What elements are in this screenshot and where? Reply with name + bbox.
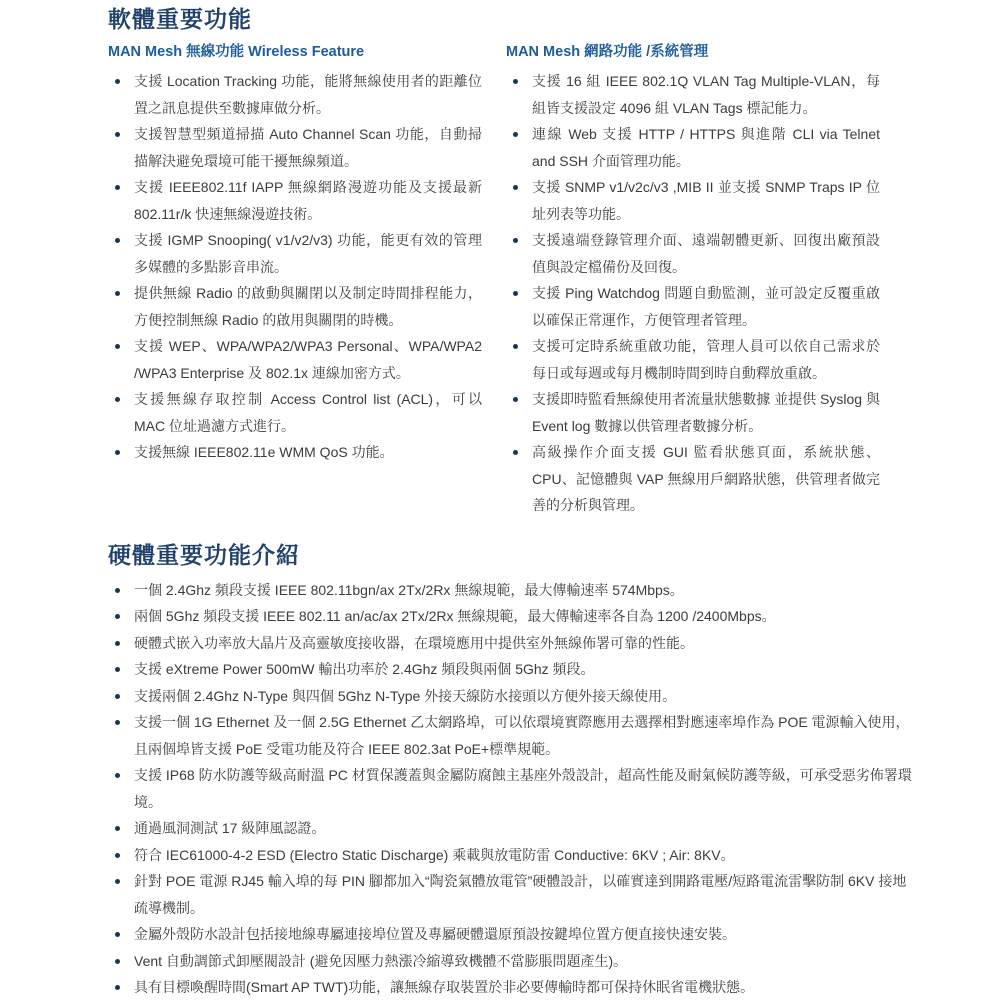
hardware-feature-list: 一個 2.4Ghz 頻段支援 IEEE 802.11bgn/ax 2Tx/2Rx… bbox=[108, 577, 920, 1000]
bullet-dot-icon bbox=[115, 985, 120, 990]
list-item: 支援 IP68 防水防護等級高耐溫 PC 材質保護蓋與金屬防腐蝕主基座外殼設計，… bbox=[108, 762, 920, 815]
bullet-dot-icon bbox=[115, 879, 120, 884]
list-item: 支援 SNMP v1/v2c/v3 ,MIB II 並支援 SNMP Traps… bbox=[506, 174, 880, 227]
bullet-dot-icon bbox=[513, 291, 518, 296]
bullet-text: 支援無線 IEEE802.11e WMM QoS 功能。 bbox=[134, 444, 394, 460]
column-header-wireless: MAN Mesh 無線功能 Wireless Feature bbox=[108, 43, 482, 62]
bullet-dot-icon bbox=[115, 450, 120, 455]
bullet-text: 兩個 5Ghz 頻段支援 IEEE 802.11 an/ac/ax 2Tx/2R… bbox=[134, 608, 776, 624]
bullet-dot-icon bbox=[513, 132, 518, 137]
bullet-text: 支援 16 組 IEEE 802.1Q VLAN Tag Multiple-VL… bbox=[532, 73, 880, 116]
bullet-text: 支援 eXtreme Power 500mW 輸出功率於 2.4Ghz 頻段與兩… bbox=[134, 661, 595, 677]
bullet-dot-icon bbox=[513, 450, 518, 455]
list-item: 支援 Ping Watchdog 問題自動監測，並可設定反覆重啟以確保正常運作，… bbox=[506, 280, 880, 333]
bullet-text: 支援即時監看無線使用者流量狀態數據 並提供 Syslog 與 Event log… bbox=[532, 391, 880, 434]
list-item: 一個 2.4Ghz 頻段支援 IEEE 802.11bgn/ax 2Tx/2Rx… bbox=[108, 577, 920, 604]
network-feature-list: 支援 16 組 IEEE 802.1Q VLAN Tag Multiple-VL… bbox=[506, 68, 880, 519]
bullet-text: 支援 IP68 防水防護等級高耐溫 PC 材質保護蓋與金屬防腐蝕主基座外殼設計，… bbox=[134, 767, 912, 810]
software-section: 軟體重要功能 MAN Mesh 無線功能 Wireless Feature 支援… bbox=[108, 4, 940, 519]
bullet-text: 硬體式嵌入功率放大晶片及高靈敏度接收器，在環境應用中提供室外無線佈署可靠的性能。 bbox=[134, 635, 694, 651]
bullet-dot-icon bbox=[513, 344, 518, 349]
bullet-text: 支援 WEP、WPA/WPA2/WPA3 Personal、WPA/WPA2 /… bbox=[134, 338, 482, 381]
column-wireless-feature: MAN Mesh 無線功能 Wireless Feature 支援 Locati… bbox=[108, 43, 482, 519]
bullet-text: 支援 SNMP v1/v2c/v3 ,MIB II 並支援 SNMP Traps… bbox=[532, 179, 880, 222]
wireless-feature-list: 支援 Location Tracking 功能，能將無線使用者的距離位置之訊息提… bbox=[108, 68, 482, 466]
bullet-text: 連線 Web 支援 HTTP / HTTPS 與進階 CLI via Telne… bbox=[532, 126, 880, 169]
bullet-dot-icon bbox=[115, 185, 120, 190]
bullet-text: 符合 IEC61000-4-2 ESD (Electro Static Disc… bbox=[134, 847, 735, 863]
bullet-dot-icon bbox=[513, 79, 518, 84]
bullet-dot-icon bbox=[115, 694, 120, 699]
bullet-dot-icon bbox=[115, 79, 120, 84]
list-item: 硬體式嵌入功率放大晶片及高靈敏度接收器，在環境應用中提供室外無線佈署可靠的性能。 bbox=[108, 630, 920, 657]
list-item: 支援智慧型頻道掃描 Auto Channel Scan 功能，自動掃描解決避免環… bbox=[108, 121, 482, 174]
bullet-text: 支援 Location Tracking 功能，能將無線使用者的距離位置之訊息提… bbox=[134, 73, 482, 116]
list-item: 支援無線存取控制 Access Control list (ACL)，可以 MA… bbox=[108, 386, 482, 439]
bullet-dot-icon bbox=[115, 826, 120, 831]
list-item: 具有目標喚醒時間(Smart AP TWT)功能，讓無線存取裝置於非必要傳輸時都… bbox=[108, 974, 920, 1000]
bullet-text: 高級操作介面支援 GUI 監看狀態頁面，系統狀態、CPU、記憶體與 VAP 無線… bbox=[532, 444, 880, 513]
bullet-text: 支援智慧型頻道掃描 Auto Channel Scan 功能，自動掃描解決避免環… bbox=[134, 126, 482, 169]
list-item: 支援一個 1G Ethernet 及一個 2.5G Ethernet 乙太網路埠… bbox=[108, 709, 920, 762]
bullet-text: 提供無線 Radio 的啟動與關閉以及制定時間排程能力，方便控制無線 Radio… bbox=[134, 285, 482, 328]
list-item: 支援兩個 2.4Ghz N-Type 與四個 5Ghz N-Type 外接天線防… bbox=[108, 683, 920, 710]
bullet-text: Vent 自動調節式卸壓閥設計 (避免因壓力熱漲冷縮導致機體不當膨脹問題產生)。 bbox=[134, 953, 627, 969]
bullet-dot-icon bbox=[115, 344, 120, 349]
list-item: 支援 16 組 IEEE 802.1Q VLAN Tag Multiple-VL… bbox=[506, 68, 880, 121]
list-item: 支援 eXtreme Power 500mW 輸出功率於 2.4Ghz 頻段與兩… bbox=[108, 656, 920, 683]
column-network-management: MAN Mesh 網路功能 /系統管理 支援 16 組 IEEE 802.1Q … bbox=[506, 43, 880, 519]
list-item: 針對 POE 電源 RJ45 輸入埠的每 PIN 腳都加入“陶瓷氣體放電管”硬體… bbox=[108, 868, 920, 921]
bullet-dot-icon bbox=[115, 667, 120, 672]
bullet-text: 支援 IEEE802.11f IAPP 無線網路漫遊功能及支援最新 802.11… bbox=[134, 179, 482, 222]
software-columns: MAN Mesh 無線功能 Wireless Feature 支援 Locati… bbox=[108, 43, 940, 519]
bullet-text: 支援兩個 2.4Ghz N-Type 與四個 5Ghz N-Type 外接天線防… bbox=[134, 688, 676, 704]
bullet-dot-icon bbox=[513, 185, 518, 190]
list-item: 兩個 5Ghz 頻段支援 IEEE 802.11 an/ac/ax 2Tx/2R… bbox=[108, 603, 920, 630]
list-item: 支援即時監看無線使用者流量狀態數據 並提供 Syslog 與 Event log… bbox=[506, 386, 880, 439]
list-item: 支援無線 IEEE802.11e WMM QoS 功能。 bbox=[108, 439, 482, 466]
list-item: 通過風洞測試 17 級陣風認證。 bbox=[108, 815, 920, 842]
list-item: 支援 IGMP Snooping( v1/v2/v3) 功能，能更有效的管理多媒… bbox=[108, 227, 482, 280]
list-item: 符合 IEC61000-4-2 ESD (Electro Static Disc… bbox=[108, 842, 920, 869]
list-item: 高級操作介面支援 GUI 監看狀態頁面，系統狀態、CPU、記憶體與 VAP 無線… bbox=[506, 439, 880, 519]
bullet-text: 支援一個 1G Ethernet 及一個 2.5G Ethernet 乙太網路埠… bbox=[134, 714, 910, 757]
column-header-network: MAN Mesh 網路功能 /系統管理 bbox=[506, 43, 880, 62]
bullet-dot-icon bbox=[115, 853, 120, 858]
bullet-dot-icon bbox=[115, 132, 120, 137]
bullet-text: 支援 Ping Watchdog 問題自動監測，並可設定反覆重啟以確保正常運作，… bbox=[532, 285, 880, 328]
bullet-dot-icon bbox=[115, 397, 120, 402]
bullet-dot-icon bbox=[115, 959, 120, 964]
bullet-text: 通過風洞測試 17 級陣風認證。 bbox=[134, 820, 325, 836]
bullet-dot-icon bbox=[115, 291, 120, 296]
bullet-text: 針對 POE 電源 RJ45 輸入埠的每 PIN 腳都加入“陶瓷氣體放電管”硬體… bbox=[134, 873, 906, 916]
bullet-dot-icon bbox=[115, 773, 120, 778]
section-title-software: 軟體重要功能 bbox=[108, 4, 940, 34]
list-item: 支援遠端登錄管理介面、遠端韌體更新、回復出廠預設值與設定檔備份及回復。 bbox=[506, 227, 880, 280]
bullet-dot-icon bbox=[115, 932, 120, 937]
list-item: 金屬外殼防水設計包括接地線專屬連接埠位置及專屬硬體還原預設按鍵埠位置方便直接快速… bbox=[108, 921, 920, 948]
bullet-dot-icon bbox=[513, 238, 518, 243]
bullet-dot-icon bbox=[115, 588, 120, 593]
bullet-text: 支援 IGMP Snooping( v1/v2/v3) 功能，能更有效的管理多媒… bbox=[134, 232, 482, 275]
document-page: 軟體重要功能 MAN Mesh 無線功能 Wireless Feature 支援… bbox=[0, 0, 1000, 1000]
bullet-dot-icon bbox=[115, 238, 120, 243]
bullet-text: 一個 2.4Ghz 頻段支援 IEEE 802.11bgn/ax 2Tx/2Rx… bbox=[134, 582, 684, 598]
list-item: 支援 Location Tracking 功能，能將無線使用者的距離位置之訊息提… bbox=[108, 68, 482, 121]
bullet-text: 支援無線存取控制 Access Control list (ACL)，可以 MA… bbox=[134, 391, 482, 434]
bullet-text: 支援可定時系統重啟功能，管理人員可以依自己需求於每日或每週或每月機制時間到時自動… bbox=[532, 338, 880, 381]
bullet-text: 金屬外殼防水設計包括接地線專屬連接埠位置及專屬硬體還原預設按鍵埠位置方便直接快速… bbox=[134, 926, 736, 942]
list-item: 支援 WEP、WPA/WPA2/WPA3 Personal、WPA/WPA2 /… bbox=[108, 333, 482, 386]
bullet-dot-icon bbox=[115, 641, 120, 646]
list-item: 支援可定時系統重啟功能，管理人員可以依自己需求於每日或每週或每月機制時間到時自動… bbox=[506, 333, 880, 386]
list-item: 支援 IEEE802.11f IAPP 無線網路漫遊功能及支援最新 802.11… bbox=[108, 174, 482, 227]
list-item: 提供無線 Radio 的啟動與關閉以及制定時間排程能力，方便控制無線 Radio… bbox=[108, 280, 482, 333]
hardware-section: 硬體重要功能介紹 一個 2.4Ghz 頻段支援 IEEE 802.11bgn/a… bbox=[108, 540, 940, 1000]
section-title-hardware: 硬體重要功能介紹 bbox=[108, 540, 940, 570]
list-item: Vent 自動調節式卸壓閥設計 (避免因壓力熱漲冷縮導致機體不當膨脹問題產生)。 bbox=[108, 948, 920, 975]
bullet-text: 具有目標喚醒時間(Smart AP TWT)功能，讓無線存取裝置於非必要傳輸時都… bbox=[134, 979, 754, 995]
bullet-dot-icon bbox=[115, 614, 120, 619]
bullet-dot-icon bbox=[115, 720, 120, 725]
bullet-dot-icon bbox=[513, 397, 518, 402]
list-item: 連線 Web 支援 HTTP / HTTPS 與進階 CLI via Telne… bbox=[506, 121, 880, 174]
bullet-text: 支援遠端登錄管理介面、遠端韌體更新、回復出廠預設值與設定檔備份及回復。 bbox=[532, 232, 880, 275]
